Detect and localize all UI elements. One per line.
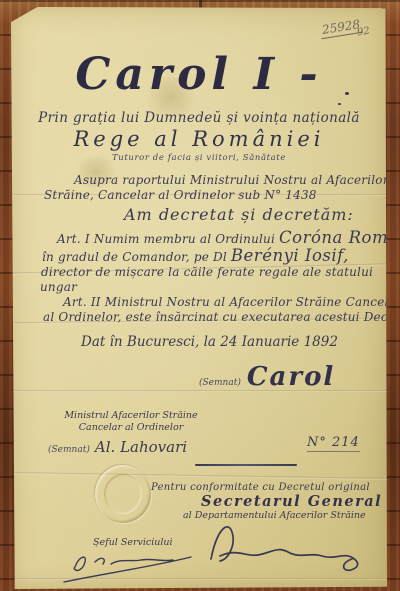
embossed-seal (95, 465, 151, 523)
article-1-text: Art. I Numim membru al Ordinului (57, 232, 275, 246)
article-2-line-1: Art. II Ministrul Nostru al Afacerilor S… (63, 295, 400, 309)
article-1-line-2: în gradul de Comandor, pe Dl Berényi Ios… (42, 246, 349, 265)
fold-crease (11, 472, 387, 480)
salutation-line: Tuturor de facia și viitori, Sănătate (11, 153, 387, 163)
grace-line: Prin grația lui Dumnedeŭ și voința națio… (11, 110, 387, 126)
royal-signature: (Semnat)Carol (199, 362, 335, 392)
ink-speck (338, 103, 341, 105)
secretary-general-signature (201, 515, 371, 577)
article-1-line-1: Art. I Numim membru al Ordinului Coróna … (57, 228, 400, 247)
minister-title-line-2: Cancelar al Ordinelor (31, 422, 231, 434)
secretary-general-title: Secretarul General (201, 493, 382, 510)
preamble-line-1: Asupra raportului Ministrului Nostru al … (74, 173, 389, 187)
recipient-name: Berényi Iosif, (231, 246, 349, 265)
pencil-year: 92 (357, 27, 371, 38)
dateline: Dat în Bucuresci, la 24 Ianuarie 1892 (81, 334, 338, 350)
photo-background: 2592892 Carol I - Prin grația lui Dumned… (0, 0, 400, 591)
preamble-line-2: Străine, Cancelar al Ordinelor sub N° 14… (44, 188, 317, 202)
royal-signature-name: Carol (247, 362, 335, 392)
pencil-annotation: 2592892 (320, 18, 376, 36)
minister-signed-label: (Semnat) (48, 445, 90, 455)
article-1-line-4: ungar (40, 280, 77, 294)
embossed-seal-inner-ring (104, 474, 142, 514)
registry-number: N° 214 (307, 435, 360, 452)
minister-title: Ministrul Afacerilor Străine Cancelar al… (31, 410, 231, 434)
minister-name: Al. Lahovari (95, 438, 187, 456)
article-1-text: în gradul de Comandor, pe Dl (42, 250, 227, 264)
decree-heading: Am decretat și decretăm: (124, 205, 354, 224)
document-paper: 2592892 Carol I - Prin grația lui Dumned… (11, 7, 387, 589)
article-1-line-3: director de mișcare la căile ferate rega… (41, 265, 373, 279)
service-chief-signature (59, 547, 199, 587)
certification-line-1: Pentru conformitate cu Decretul original (151, 482, 370, 493)
royal-title-line: Rege al României (11, 127, 387, 151)
king-name-heading: Carol I - (11, 49, 387, 100)
separator-rule (195, 464, 297, 466)
minister-title-line-1: Ministrul Afacerilor Străine (31, 410, 231, 422)
ink-speck (345, 92, 349, 95)
minister-signature: (Semnat) Al. Lahovari (48, 437, 187, 456)
article-2-line-2: al Ordinelor, este însărcinat cu executa… (43, 310, 400, 324)
order-name: Coróna României, (279, 228, 400, 247)
royal-signature-label: (Semnat) (199, 378, 241, 388)
